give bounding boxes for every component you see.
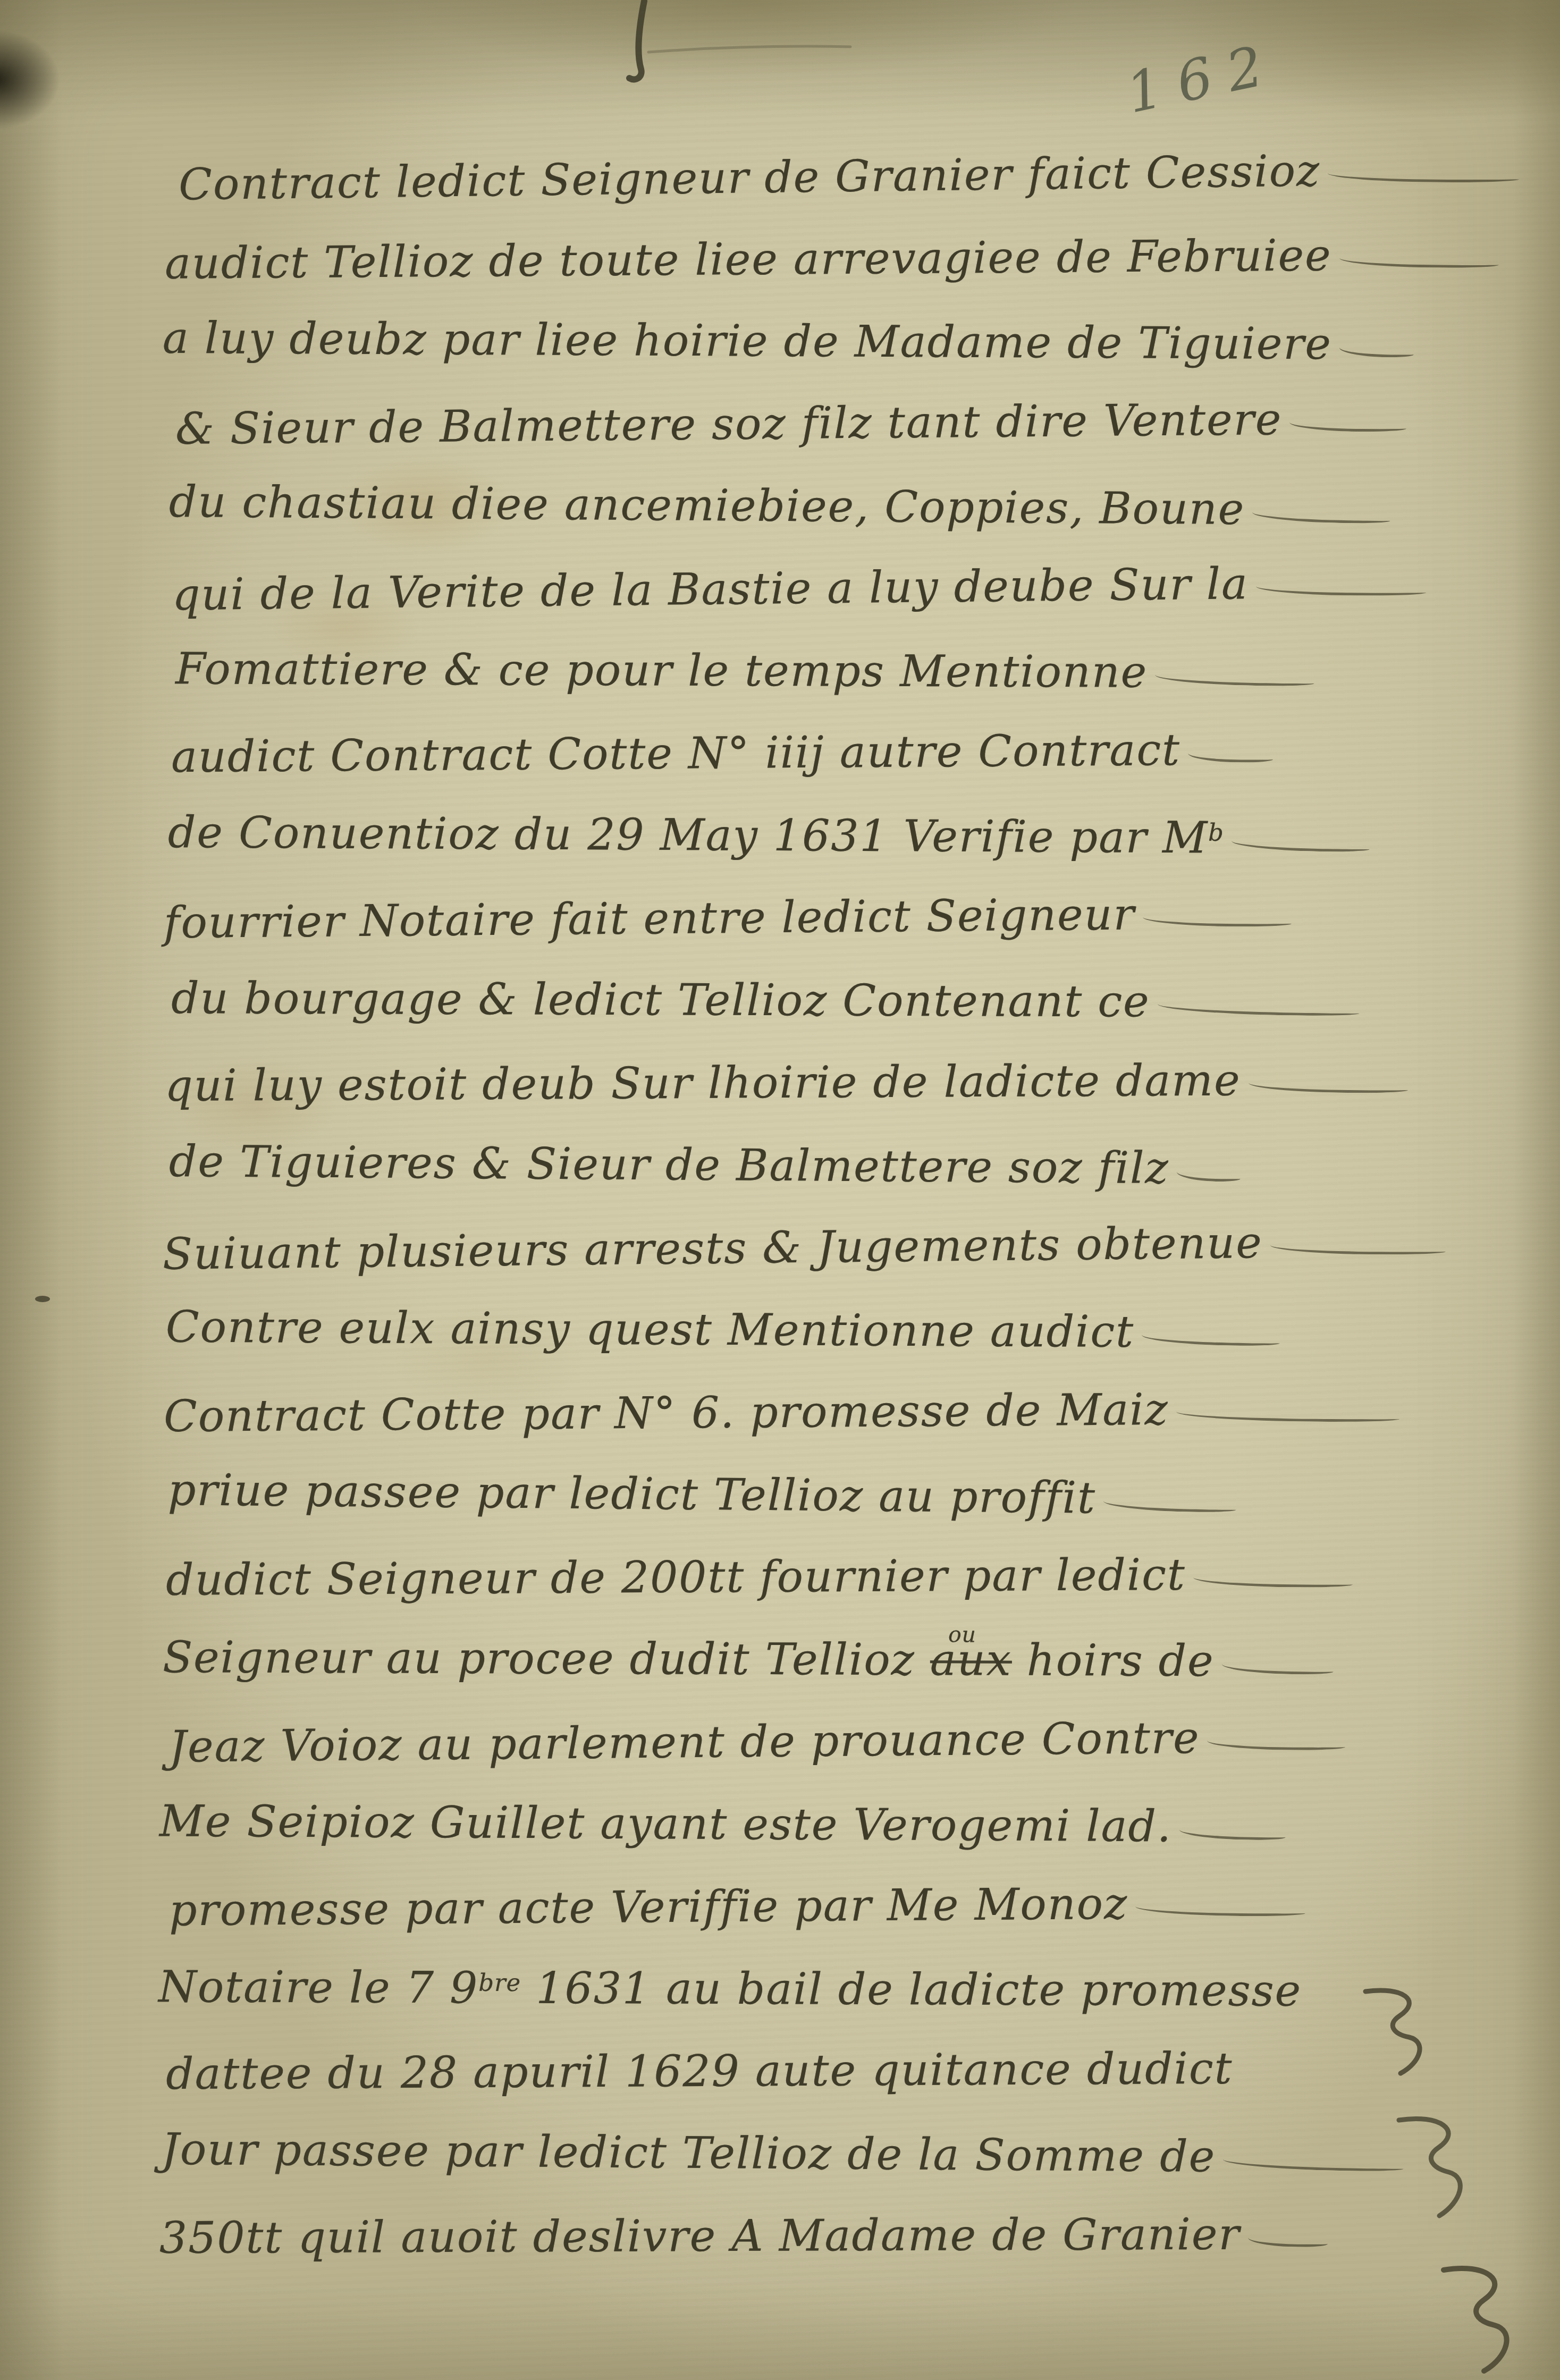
text-line: Contract ledict Seigneur de Granier faic… [179, 144, 1520, 210]
text-line: de Tiguieres & Sieur de Balmettere soz f… [169, 1136, 1241, 1194]
line-filler-flourish [1193, 1574, 1353, 1588]
line-text: dudict Seigneur de 200tt fournier par le… [166, 1550, 1186, 1606]
line-text: priue passee par ledict Tellioz au proff… [168, 1465, 1097, 1523]
line-filler-flourish [1155, 671, 1314, 687]
interlinear-correction: ou [948, 1622, 976, 1647]
line-text: audict Contract Cotte N° iiij autre Cont… [171, 725, 1181, 782]
line-filler-flourish [1339, 344, 1414, 358]
text-line: qui luy estoit deub Sur lhoirie de ladic… [165, 1054, 1408, 1111]
text-line: Contract Cotte par N° 6. promesse de Mai… [164, 1383, 1399, 1442]
line-filler-flourish [1176, 1408, 1399, 1423]
line-filler-flourish [1223, 2156, 1404, 2172]
text-line: du chastiau diee ancemiebiee, Coppies, B… [169, 477, 1391, 536]
brace-flourish [1430, 2261, 1531, 2378]
superscript: b [1208, 818, 1224, 847]
text-line: priue passee par ledict Tellioz au proff… [168, 1465, 1237, 1525]
text-line: & Sieur de Balmettere soz filz tant dire… [175, 393, 1407, 454]
text-line: qui de la Verite de la Bastie a luy deub… [172, 557, 1427, 621]
corrected-word: auxou [930, 1635, 1012, 1686]
line-text: promesse par acte Veriffie par Me Monoz [169, 1879, 1128, 1936]
text-line: Notaire le 7 9bre 1631 au bail de ladict… [158, 1962, 1302, 2016]
line-filler-flourish [1339, 255, 1498, 268]
line-filler-flourish [1221, 1660, 1333, 1675]
line-filler-flourish [1328, 170, 1519, 182]
line-filler-flourish [1143, 914, 1292, 927]
line-text: Seigneur au procee dudit Tellioz [163, 1632, 930, 1685]
text-line: Suiuant plusieurs arrests & Jugements ob… [163, 1216, 1446, 1279]
line-filler-flourish [1157, 1001, 1359, 1017]
line-filler-flourish [1103, 1498, 1236, 1513]
line-text: 1631 au bail de ladicte promesse [521, 1963, 1302, 2016]
text-line: promesse par acte Veriffie par Me Monoz [169, 1878, 1306, 1936]
line-text: Jeaz Voioz au parlement de prouance Cont… [169, 1713, 1200, 1773]
text-line: 350tt quil auoit deslivre A Madame de Gr… [159, 2209, 1328, 2264]
line-filler-flourish [1270, 1242, 1446, 1255]
line-text: du chastiau diee ancemiebiee, Coppies, B… [169, 477, 1245, 535]
superscript: bre [478, 1969, 521, 1997]
text-line: de Conuentioz du 29 May 1631 Verifie par… [168, 807, 1370, 864]
text-line: Seigneur au procee dudit Tellioz auxou h… [163, 1632, 1334, 1687]
line-filler-flourish [1289, 419, 1406, 432]
text-line: audict Contract Cotte N° iiij autre Cont… [171, 724, 1274, 782]
brace-flourish [1353, 1985, 1443, 2081]
line-filler-flourish [1256, 583, 1426, 596]
line-text: Notaire le 7 9 [158, 1962, 479, 2013]
line-filler-flourish [1252, 509, 1390, 524]
line-text: audict Tellioz de toute liee arrevagiee … [165, 230, 1332, 289]
line-text: du bourgage & ledict Tellioz Contenant c… [171, 973, 1150, 1027]
line-text: hoirs de [1012, 1635, 1215, 1686]
text-line: a luy deubz par liee hoirie de Madame de… [163, 313, 1414, 370]
text-line: audict Tellioz de toute liee arrevagiee … [165, 229, 1499, 289]
line-text: Jour passee par ledict Tellioz de la Som… [162, 2124, 1216, 2182]
line-filler-flourish [1207, 1737, 1345, 1751]
line-text: qui de la Verite de la Bastie a luy deub… [172, 559, 1249, 620]
line-text: Fomattiere & ce pour le temps Mentionne [175, 644, 1148, 697]
line-text: Contre eulx ainsy quest Mentionne audict [166, 1302, 1135, 1358]
line-text: Suiuant plusieurs arrests & Jugements ob… [163, 1218, 1263, 1280]
line-text: 350tt quil auoit deslivre A Madame de Gr… [159, 2209, 1241, 2264]
line-text: Me Seipioz Guillet ayant este Verogemi l… [159, 1796, 1172, 1852]
text-line: Jour passee par ledict Tellioz de la Som… [162, 2124, 1404, 2183]
line-filler-flourish [1232, 838, 1370, 853]
line-text: Contract ledict Seigneur de Granier faic… [179, 146, 1321, 210]
line-text: Contract Cotte par N° 6. promesse de Mai… [164, 1385, 1169, 1442]
line-text: a luy deubz par liee hoirie de Madame de… [163, 313, 1333, 370]
text-line: dattee du 28 apuril 1629 aute quitance d… [166, 2044, 1233, 2100]
manuscript-page-photo: 162 Contract ledict Seigneur de Granier … [0, 0, 1560, 2380]
line-filler-flourish [1188, 750, 1273, 763]
ink-fleck [32, 1293, 53, 1305]
text-line: fourrier Notaire fait entre ledict Seign… [164, 888, 1292, 949]
line-text: de Conuentioz du 29 May 1631 Verifie par… [168, 807, 1209, 863]
line-filler-flourish [1135, 1903, 1305, 1917]
line-filler-flourish [1179, 1826, 1286, 1841]
text-line: dudict Seigneur de 200tt fournier par le… [166, 1549, 1353, 1606]
line-filler-flourish [1176, 1168, 1240, 1182]
text-line: Fomattiere & ce pour le temps Mentionne [175, 644, 1314, 698]
folio-number: 162 [1120, 30, 1284, 125]
text-line: Me Seipioz Guillet ayant este Verogemi l… [159, 1796, 1286, 1852]
line-filler-flourish [1248, 1079, 1407, 1093]
line-filler-flourish [1247, 2234, 1327, 2248]
line-text: & Sieur de Balmettere soz filz tant dire… [175, 394, 1283, 454]
text-line: du bourgage & ledict Tellioz Contenant c… [171, 973, 1360, 1028]
text-line: Contre eulx ainsy quest Mentionne audict [166, 1302, 1280, 1358]
ink-mark-top [601, 0, 877, 106]
line-text: fourrier Notaire fait entre ledict Seign… [164, 889, 1135, 948]
line-filler-flourish [1142, 1331, 1280, 1346]
line-text: de Tiguieres & Sieur de Balmettere soz f… [169, 1136, 1169, 1194]
line-text: qui luy estoit deub Sur lhoirie de ladic… [165, 1056, 1241, 1112]
text-line: Jeaz Voioz au parlement de prouance Cont… [169, 1711, 1346, 1772]
line-text: dattee du 28 apuril 1629 aute quitance d… [166, 2044, 1233, 2100]
